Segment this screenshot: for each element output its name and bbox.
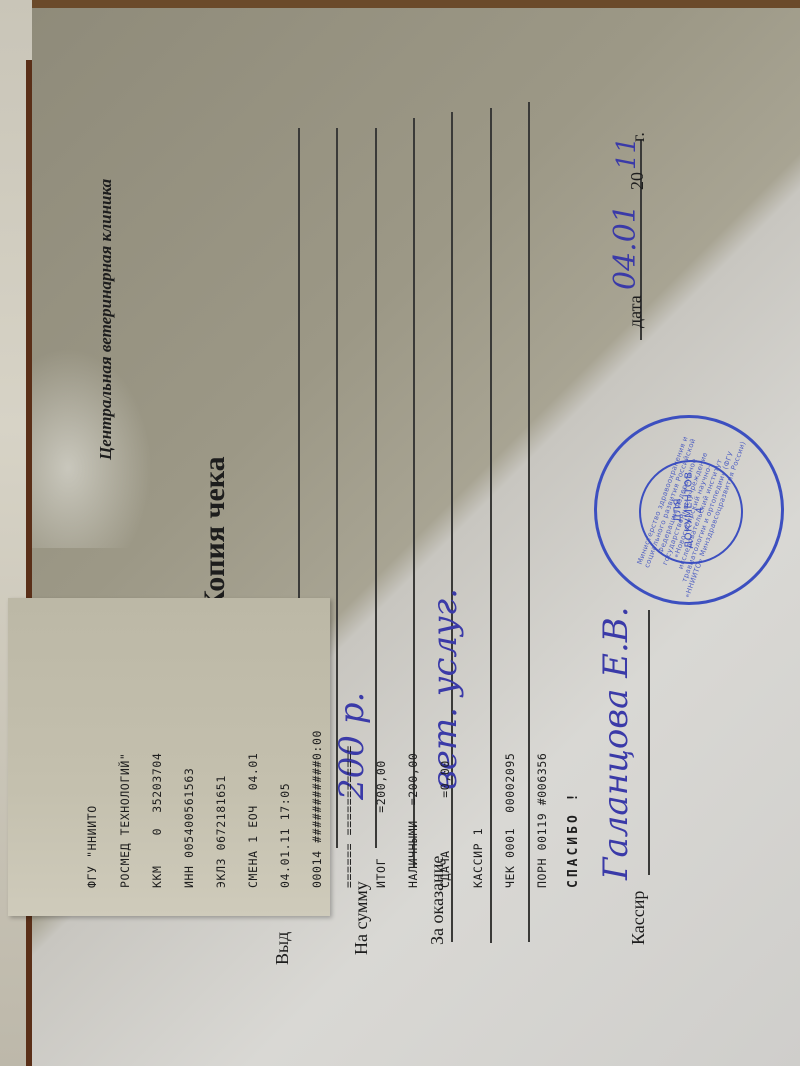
receipt-line: 04.01.11 17:05 — [280, 730, 291, 888]
official-stamp: Министерство здравоохранения и социально… — [594, 415, 784, 605]
receipt-line: ФГУ "ННИИТО — [87, 730, 98, 888]
receipt-line: КАССИР 1 — [473, 730, 484, 888]
date-label: дата — [625, 295, 646, 328]
date-value[interactable]: 04.01 — [608, 204, 643, 290]
cash-register-receipt: ФГУ "ННИИТО РОСМЕД ТЕХНОЛОГИЙ" ККМ 0 352… — [8, 598, 330, 916]
receipt-text: ФГУ "ННИИТО РОСМЕД ТЕХНОЛОГИЙ" ККМ 0 352… — [66, 730, 601, 888]
receipt-change: СДАЧА =0,00 — [440, 730, 451, 888]
receipt-thanks: СПАСИБО ! — [569, 730, 580, 888]
receipt-line: ЧЕК 0001 00002095 — [505, 730, 516, 888]
year-suffix: г. — [628, 132, 649, 142]
issued-label: Выд — [272, 932, 293, 965]
receipt-line: ПОРН 00119 #006356 — [537, 730, 548, 888]
cashier-label: Кассир — [628, 891, 649, 945]
stamp-center: ДЛЯ ДОКУМЕНТОВ 4 — [673, 471, 706, 548]
receipt-total: ИТОГ =200,00 — [376, 730, 387, 888]
receipt-line: ====== ============ — [344, 730, 355, 888]
receipt-cash: НАЛИЧНЫМИ =200,00 — [408, 730, 419, 888]
cashier-line — [648, 610, 650, 875]
receipt-line: РОСМЕД ТЕХНОЛОГИЙ" — [120, 730, 131, 888]
light-glare — [32, 348, 152, 548]
stamp-center-line1: ДЛЯ — [673, 471, 684, 548]
receipt-line: ЭКЛЗ 0672181651 — [216, 730, 227, 888]
amount-label: На сумму — [351, 881, 372, 955]
receipt-line: СМЕНА 1 ЕОЧ 04.01 — [248, 730, 259, 888]
stamp-center-line2: ДОКУМЕНТОВ — [684, 471, 695, 548]
clinic-name: Центральная ветеринарная клиника — [96, 179, 116, 460]
year-prefix: 20 — [627, 172, 648, 190]
receipt-line: 00014 ###########0:00 — [312, 730, 323, 888]
document-title: Копия чека — [198, 456, 232, 612]
receipt-line: ИНН 005400561563 — [184, 730, 195, 888]
cashier-signature: Галанцова Е.В. — [596, 606, 636, 880]
stamp-number: 4 — [695, 471, 706, 548]
receipt-line: ККМ 0 35203704 — [152, 730, 163, 888]
